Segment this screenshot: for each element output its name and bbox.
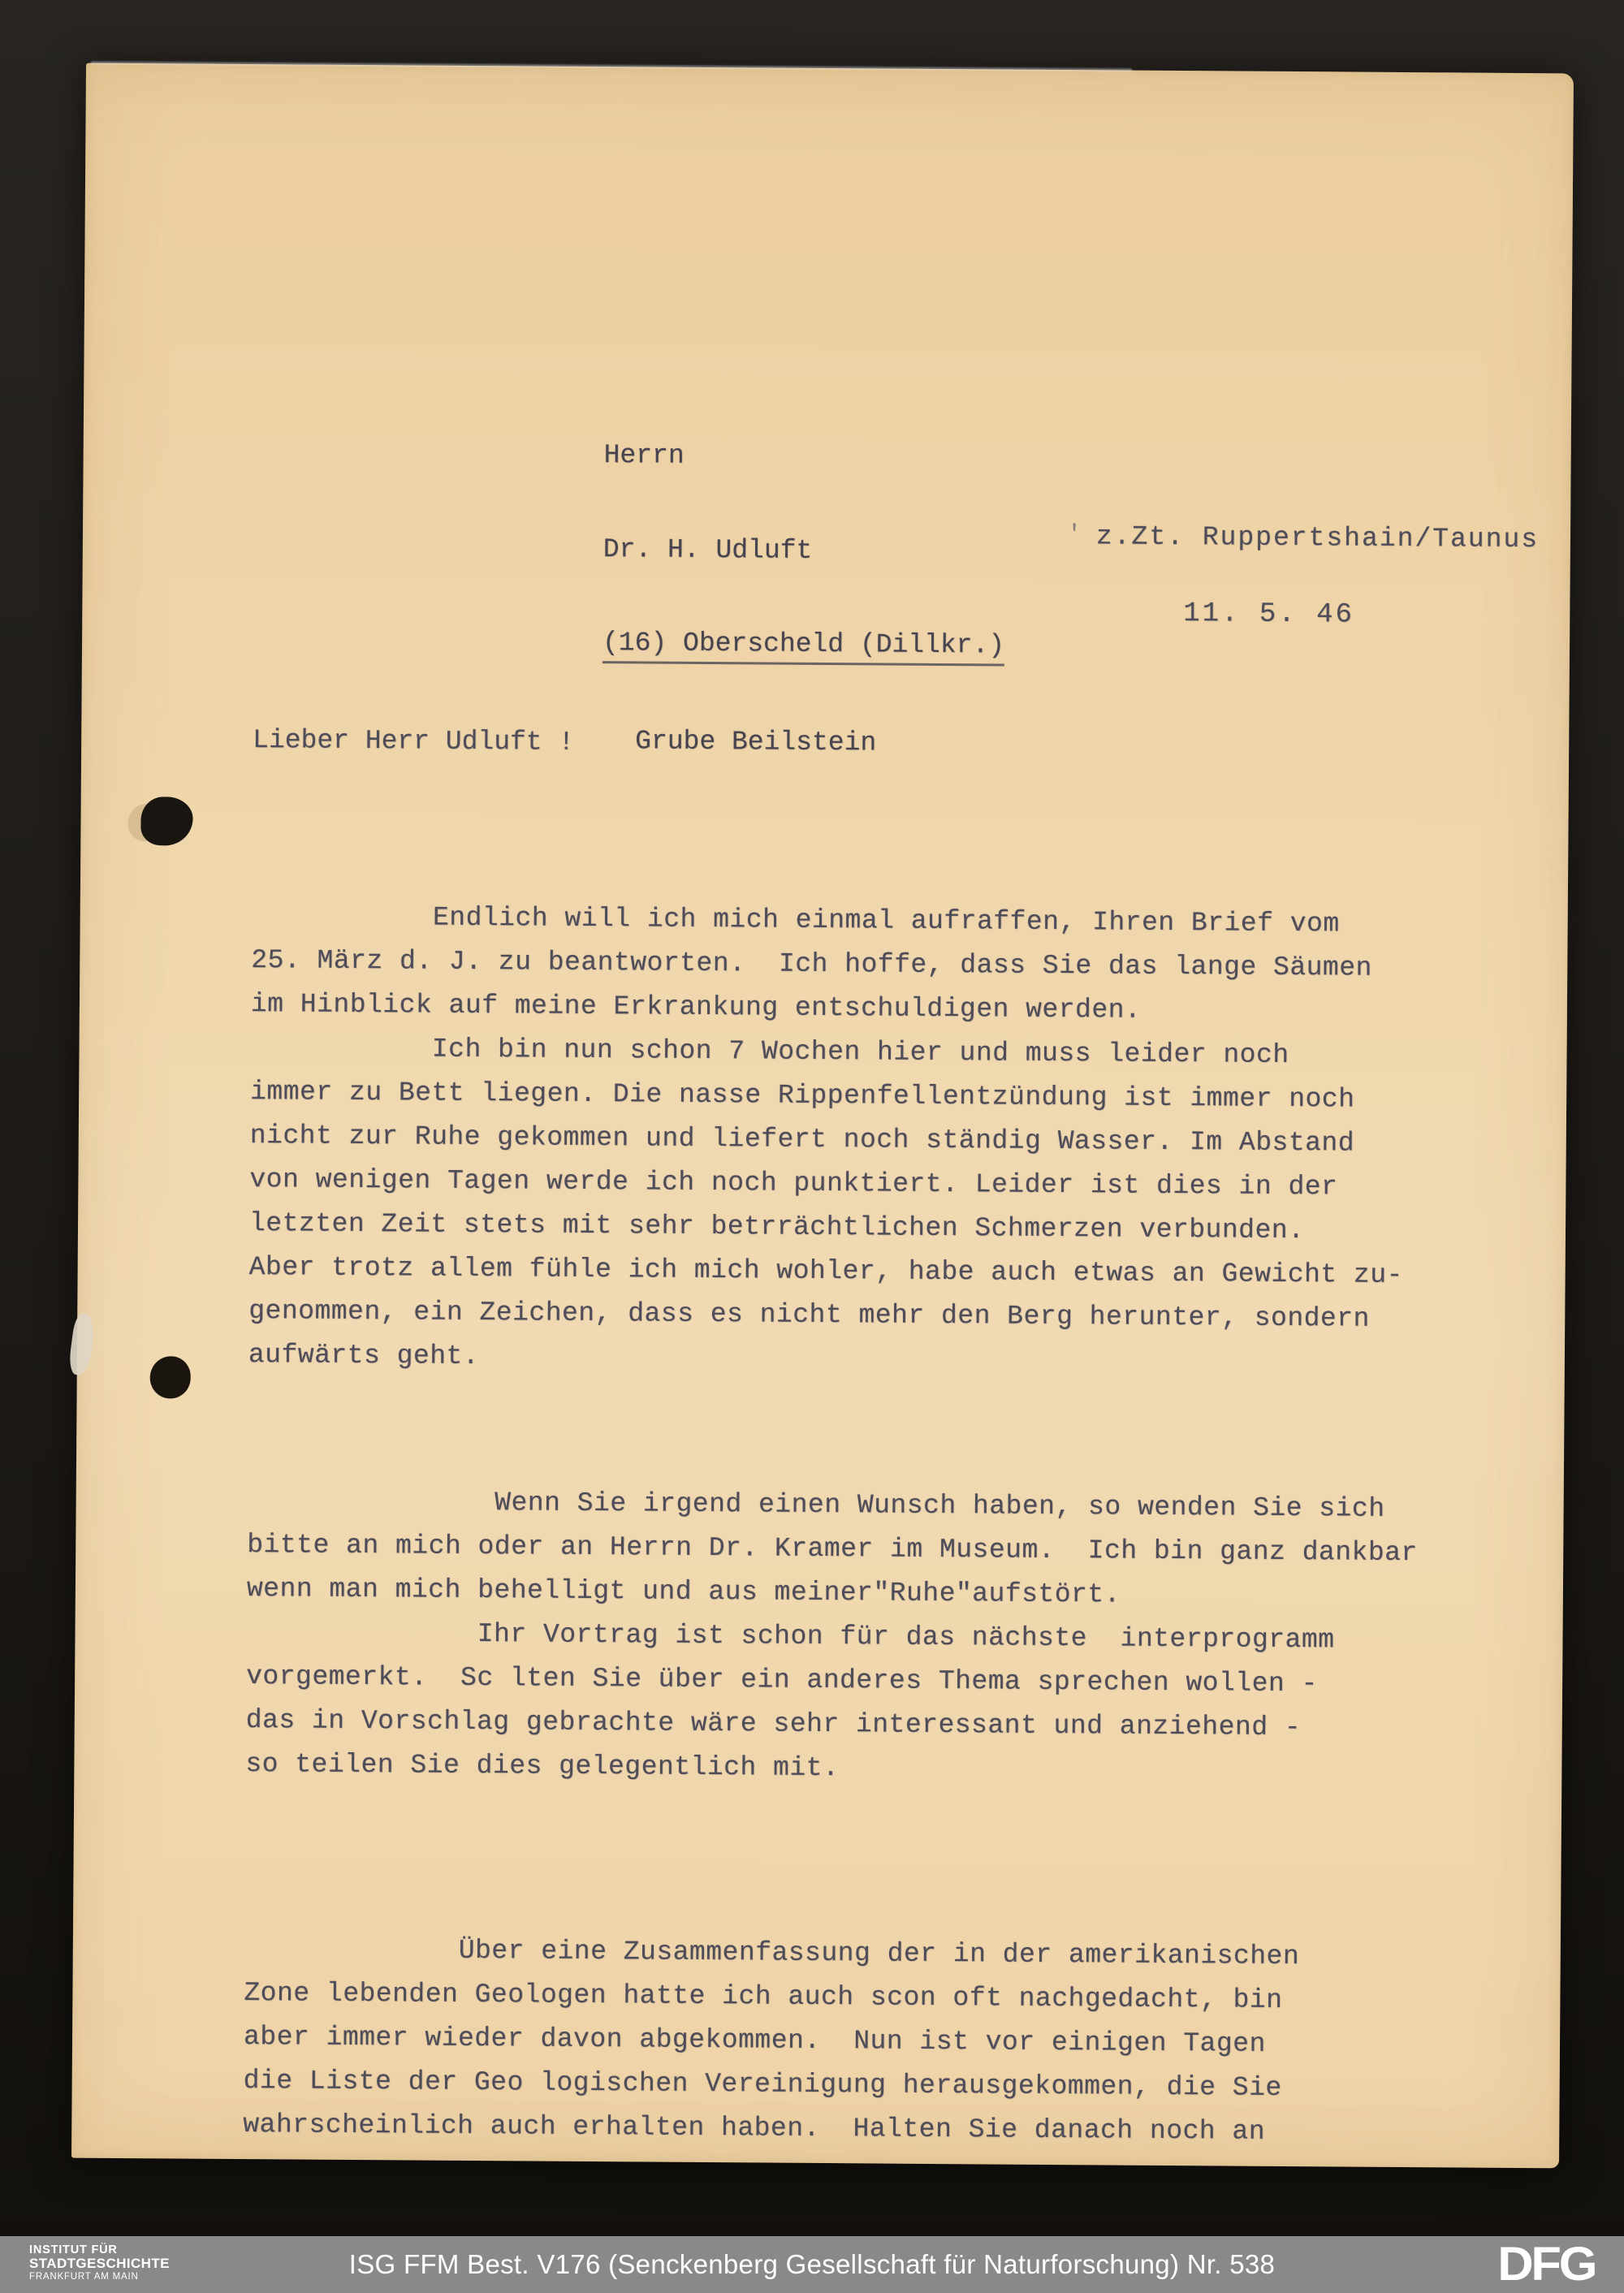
- location-line: z.Zt. Ruppertshain/Taunus: [1096, 521, 1539, 555]
- recipient-line-underlined: (16) Oberscheld (Dillkr.): [603, 628, 1004, 666]
- date-line: 11. 5. 46: [1183, 598, 1354, 630]
- institute-logo-line: INSTITUT FÜR: [29, 2243, 170, 2256]
- letter-sheet: Herrn Dr. H. Udluft (16) Oberscheld (Dil…: [71, 63, 1574, 2169]
- letter-body: Endlich will ich mich einmal aufraffen, …: [242, 807, 1423, 2243]
- paragraph: Über eine Zusammenfassung der in der ame…: [243, 1928, 1415, 2155]
- dfg-logo: DFG: [1497, 2237, 1595, 2291]
- institute-logo-line: FRANKFURT AM MAIN: [29, 2271, 170, 2282]
- paper-edge-tear: [67, 1312, 97, 1376]
- archive-footer-bar: INSTITUT FÜR STADTGESCHICHTE FRANKFURT A…: [0, 2236, 1624, 2293]
- recipient-line: (16) Oberscheld (Dillkr.): [603, 628, 1004, 666]
- recipient-line: Herrn: [604, 440, 1006, 474]
- punch-hole-bottom: [150, 1356, 191, 1398]
- recipient-line: Grube Beilstein: [602, 726, 1004, 760]
- salutation: Lieber Herr Udluft !: [253, 719, 574, 765]
- paragraph: Wenn Sie irgend einen Wunsch haben, so w…: [245, 1479, 1418, 1794]
- pencil-mark: ': [1067, 521, 1082, 549]
- punch-hole-top: [140, 797, 192, 845]
- institute-logo: INSTITUT FÜR STADTGESCHICHTE FRANKFURT A…: [29, 2243, 170, 2282]
- recipient-line: Dr. H. Udluft: [603, 534, 1005, 568]
- institute-logo-line: STADTGESCHICHTE: [29, 2256, 170, 2271]
- paragraph: Endlich will ich mich einmal aufraffen, …: [248, 895, 1423, 1385]
- archive-reference: ISG FFM Best. V176 (Senckenberg Gesellsc…: [349, 2249, 1275, 2280]
- recipient-address: Herrn Dr. H. Udluft (16) Oberscheld (Dil…: [602, 378, 1007, 822]
- scan-page: Herrn Dr. H. Udluft (16) Oberscheld (Dil…: [0, 0, 1624, 2293]
